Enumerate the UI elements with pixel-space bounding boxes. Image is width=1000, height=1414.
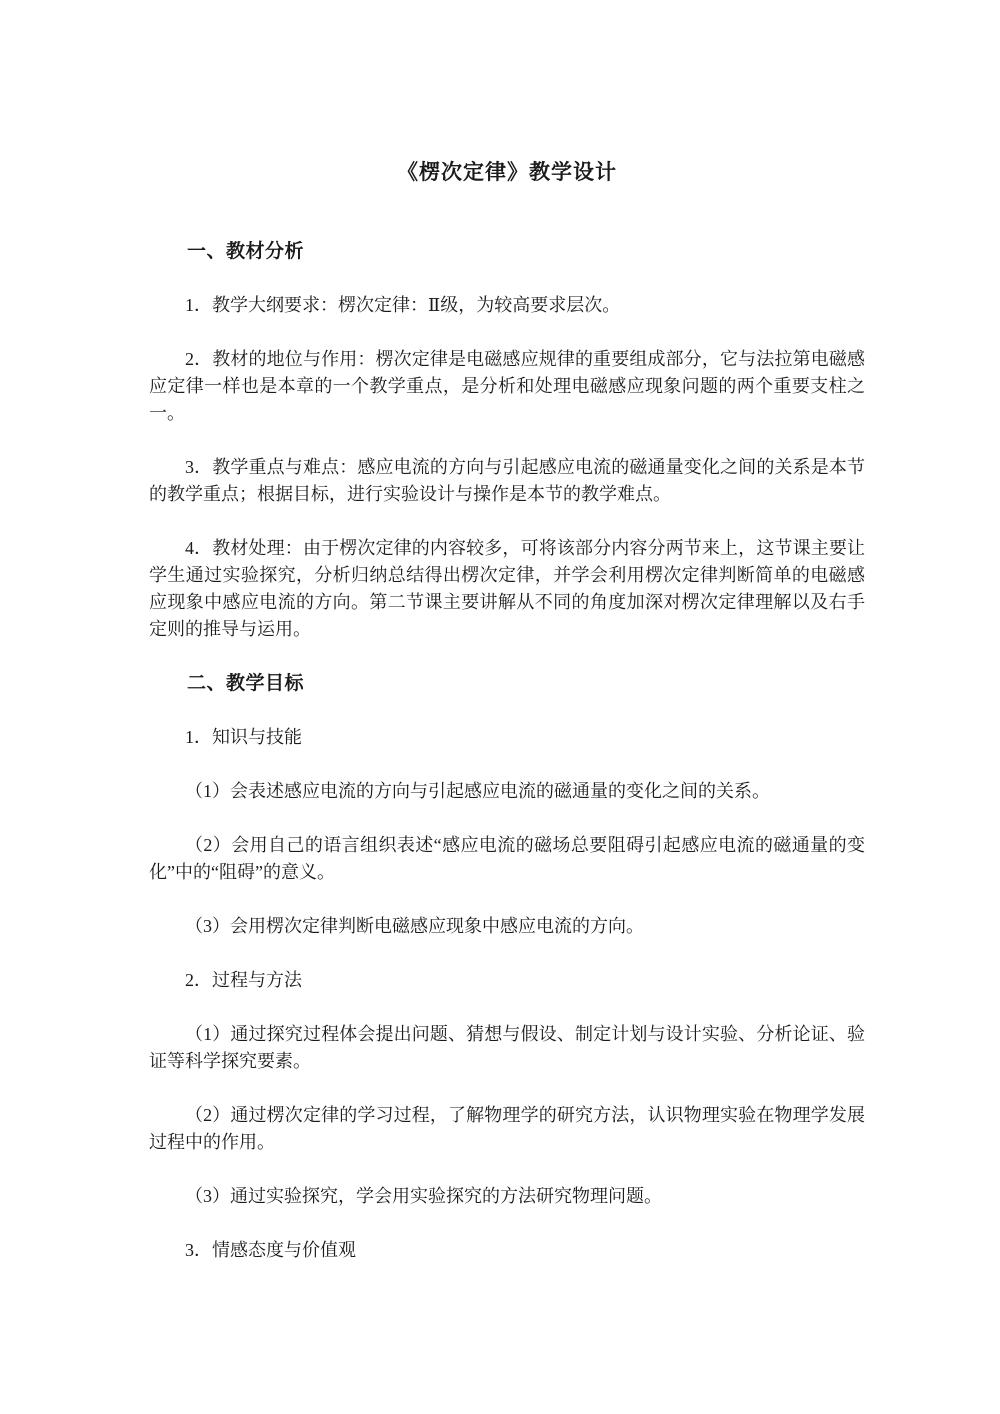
paragraph-knowledge-item-1: （1）会表述感应电流的方向与引起感应电流的磁通量的变化之间的关系。 [149, 778, 865, 805]
paragraph-syllabus-requirement: 1．教学大纲要求：楞次定律：Ⅱ级，为较高要求层次。 [149, 292, 865, 319]
paragraph-process-item-3: （3）通过实验探究，学会用实验探究的方法研究物理问题。 [149, 1183, 865, 1210]
paragraph-process-item-1: （1）通过探究过程体会提出问题、猜想与假设、制定计划与设计实验、分析论证、验证等… [149, 1021, 865, 1075]
section-heading-material-analysis: 一、教材分析 [149, 238, 865, 265]
paragraph-process-methods: 2．过程与方法 [149, 967, 865, 994]
paragraph-knowledge-skills: 1．知识与技能 [149, 724, 865, 751]
paragraph-textbook-handling: 4．教材处理：由于楞次定律的内容较多，可将该部分内容分两节来上，这节课主要让学生… [149, 535, 865, 643]
document-page: 《楞次定律》教学设计 一、教材分析 1．教学大纲要求：楞次定律：Ⅱ级，为较高要求… [0, 0, 1000, 1414]
section-heading-teaching-objectives: 二、教学目标 [149, 670, 865, 697]
paragraph-textbook-position: 2．教材的地位与作用：楞次定律是电磁感应规律的重要组成部分，它与法拉第电磁感应定… [149, 346, 865, 427]
paragraph-key-points-difficulties: 3．教学重点与难点：感应电流的方向与引起感应电流的磁通量变化之间的关系是本节的教… [149, 454, 865, 508]
paragraph-emotional-attitude-values: 3．情感态度与价值观 [149, 1237, 865, 1264]
paragraph-process-item-2: （2）通过楞次定律的学习过程，了解物理学的研究方法，认识物理实验在物理学发展过程… [149, 1102, 865, 1156]
document-title: 《楞次定律》教学设计 [149, 159, 865, 187]
paragraph-knowledge-item-3: （3）会用楞次定律判断电磁感应现象中感应电流的方向。 [149, 913, 865, 940]
paragraph-knowledge-item-2: （2）会用自己的语言组织表述“感应电流的磁场总要阻碍引起感应电流的磁通量的变化”… [149, 832, 865, 886]
